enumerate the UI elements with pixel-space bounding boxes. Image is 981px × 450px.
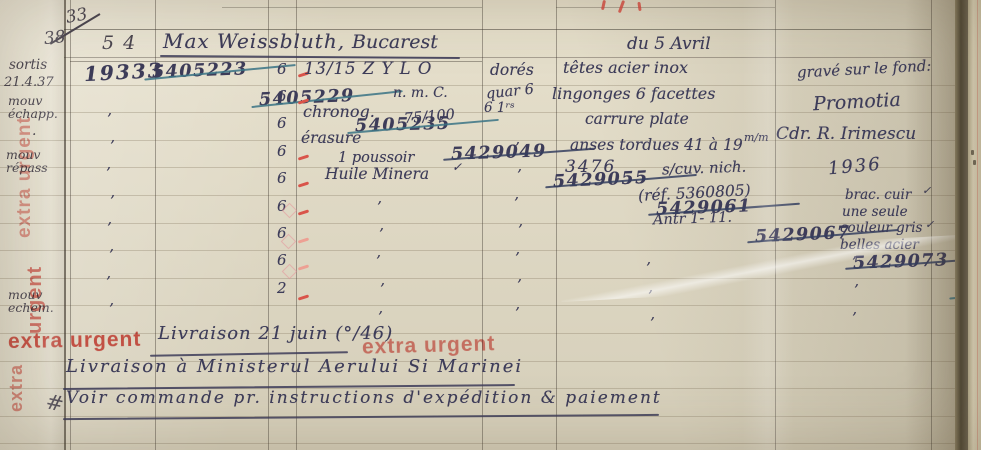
- delivery-ministry-line: Livraison à Ministerul Aerului Si Marine…: [66, 358, 523, 377]
- bracelet-line3: couleur gris: [840, 221, 922, 235]
- ditto-mark: ’: [514, 196, 519, 212]
- quantity: 6: [277, 171, 287, 187]
- spec-lingonges: lingonges 6 facettes: [552, 86, 715, 103]
- quantity: 6: [277, 116, 287, 132]
- ditto-mark: ’: [377, 200, 382, 216]
- extra-urgent-stamp-left: extra urgent: [8, 328, 142, 354]
- next-page-edge: [968, 0, 981, 450]
- margin-note-sortis: sortis: [9, 58, 47, 72]
- ditto-mark: ’: [854, 283, 859, 299]
- column-line: [64, 0, 66, 450]
- ditto-mark: ’: [515, 141, 520, 157]
- spec-anses-unit: m/m: [744, 132, 769, 144]
- red-dash: [298, 264, 309, 270]
- serial-number: 5429049: [450, 142, 546, 164]
- ditto-mark: ’: [106, 275, 111, 291]
- ditto-mark: ’: [380, 282, 385, 298]
- red-dash: [298, 209, 309, 215]
- column-line: [775, 0, 776, 450]
- spec-cuvette: s/cuv. nich.: [662, 160, 747, 179]
- entry-number: 54: [102, 34, 144, 54]
- spec-anses: anses tordues 41 à 19: [570, 137, 743, 153]
- ruling-line: [0, 305, 956, 306]
- red-dash: [298, 154, 309, 160]
- ditto-mark: ’: [110, 194, 115, 210]
- bracelet-line1: brac. cuir: [845, 188, 911, 202]
- row-line: [556, 7, 775, 8]
- top-red-mark: [601, 0, 606, 10]
- client-name: Max Weissbluth,: [163, 31, 345, 52]
- finish-dores: dorés: [490, 62, 534, 78]
- ruling-line: [0, 85, 956, 86]
- delivery-line: Livraison 21 juin (°/46): [158, 325, 393, 344]
- ditto-mark: ’: [515, 251, 520, 267]
- engraving-title: gravé sur le fond:: [797, 58, 932, 81]
- ditto-mark: ’: [107, 221, 112, 237]
- quantity: 6: [277, 144, 287, 160]
- red-dash: [298, 237, 309, 243]
- top-red-mark: [637, 2, 641, 11]
- spec-carrure: carrure plate: [585, 111, 689, 127]
- desc-chronog: chronog.: [303, 104, 375, 121]
- stitch-mark: [973, 160, 976, 165]
- serial-number: 5429067: [755, 224, 851, 247]
- serial-number: 5405223: [152, 60, 248, 82]
- urgent-stamp-vertical: urgent: [24, 266, 47, 334]
- engraving-year: 1936: [827, 156, 882, 180]
- quantity: 2: [277, 281, 287, 297]
- desc-note-nmc: n. m. C.: [393, 86, 448, 101]
- stitch-mark: [971, 150, 974, 155]
- tick-mark: ✓: [922, 185, 931, 197]
- column-line: [482, 0, 483, 450]
- ditto-mark: ’: [852, 255, 857, 271]
- tick-mark: ✓: [925, 219, 934, 231]
- serial-number: 5429073: [853, 251, 949, 273]
- ditto-mark: ’: [106, 166, 111, 182]
- desc-erasure: érasure: [301, 130, 361, 146]
- ditto-mark: ’: [107, 112, 112, 128]
- page-gutter: [955, 0, 968, 450]
- order-date: du 5 Avril: [627, 36, 711, 54]
- red-dash: [298, 294, 309, 300]
- ditto-mark: ’: [648, 289, 653, 305]
- ditto-mark: ’: [376, 254, 381, 270]
- ditto-mark: ’: [650, 316, 655, 332]
- extra-urgent-stamp-vertical: extra urgent: [14, 116, 36, 238]
- row-line: [64, 57, 931, 58]
- ditto-mark: ’: [109, 302, 114, 318]
- desc-poussoir: 1 poussoir: [338, 151, 414, 166]
- spec-antr: Antr 1- 11.: [653, 211, 732, 229]
- ruling-line: [0, 195, 956, 196]
- ruling-line: [0, 443, 956, 444]
- ditto-mark: ’: [110, 139, 115, 155]
- extra-urgent-stamp-middle: extra urgent: [362, 332, 496, 359]
- sheet-ref-top: 33: [65, 6, 89, 27]
- column-line: [296, 0, 297, 450]
- ditto-mark: ’: [515, 306, 520, 322]
- hash-mark: #: [44, 390, 66, 415]
- tick-mark: ✓: [452, 161, 462, 174]
- sheet-ref-bottom: 38: [43, 29, 66, 49]
- quantity: 6: [277, 89, 287, 105]
- ledger-page: 33 38 54 Max Weissbluth, Bucarest du 5 A…: [0, 0, 981, 450]
- quantity: 6: [277, 62, 287, 78]
- next-page-margin-line: [977, 0, 978, 450]
- red-dash: [298, 181, 309, 187]
- desc-huile: Huile Minera: [325, 166, 429, 182]
- ditto-mark: ’: [646, 261, 651, 277]
- ruling-line: [0, 250, 956, 251]
- finish-6-1rs: 6 1ʳˢ: [484, 101, 515, 115]
- ruling-line: [0, 167, 956, 168]
- bracelet-line2: une seule: [842, 205, 908, 219]
- row-line: [222, 7, 482, 8]
- desc-caliber: 13/15 Z Y L O: [304, 60, 432, 77]
- ruling-line: [0, 278, 956, 279]
- spec-3476: 3476: [565, 159, 616, 177]
- ditto-mark: ’: [852, 311, 857, 327]
- spec-tetes: têtes acier inox: [563, 60, 688, 77]
- ditto-mark: ’: [109, 248, 114, 264]
- ditto-mark: ’: [518, 223, 523, 239]
- column-line: [556, 0, 557, 450]
- instructions-line: Voir commande pr. instructions d'expédit…: [66, 390, 662, 408]
- column-line: [70, 0, 71, 450]
- ditto-mark: ’: [517, 278, 522, 294]
- ditto-mark: ’: [379, 227, 384, 243]
- extra-stamp-fragment: extra: [6, 364, 27, 412]
- engraving-officer: Cdr. R. Irimescu: [776, 126, 916, 144]
- bracelet-line4: belles acier: [840, 238, 919, 252]
- ditto-mark: ’: [517, 168, 522, 184]
- margin-note-date: 21.4.37: [4, 76, 54, 90]
- client-city: Bucarest: [352, 33, 438, 53]
